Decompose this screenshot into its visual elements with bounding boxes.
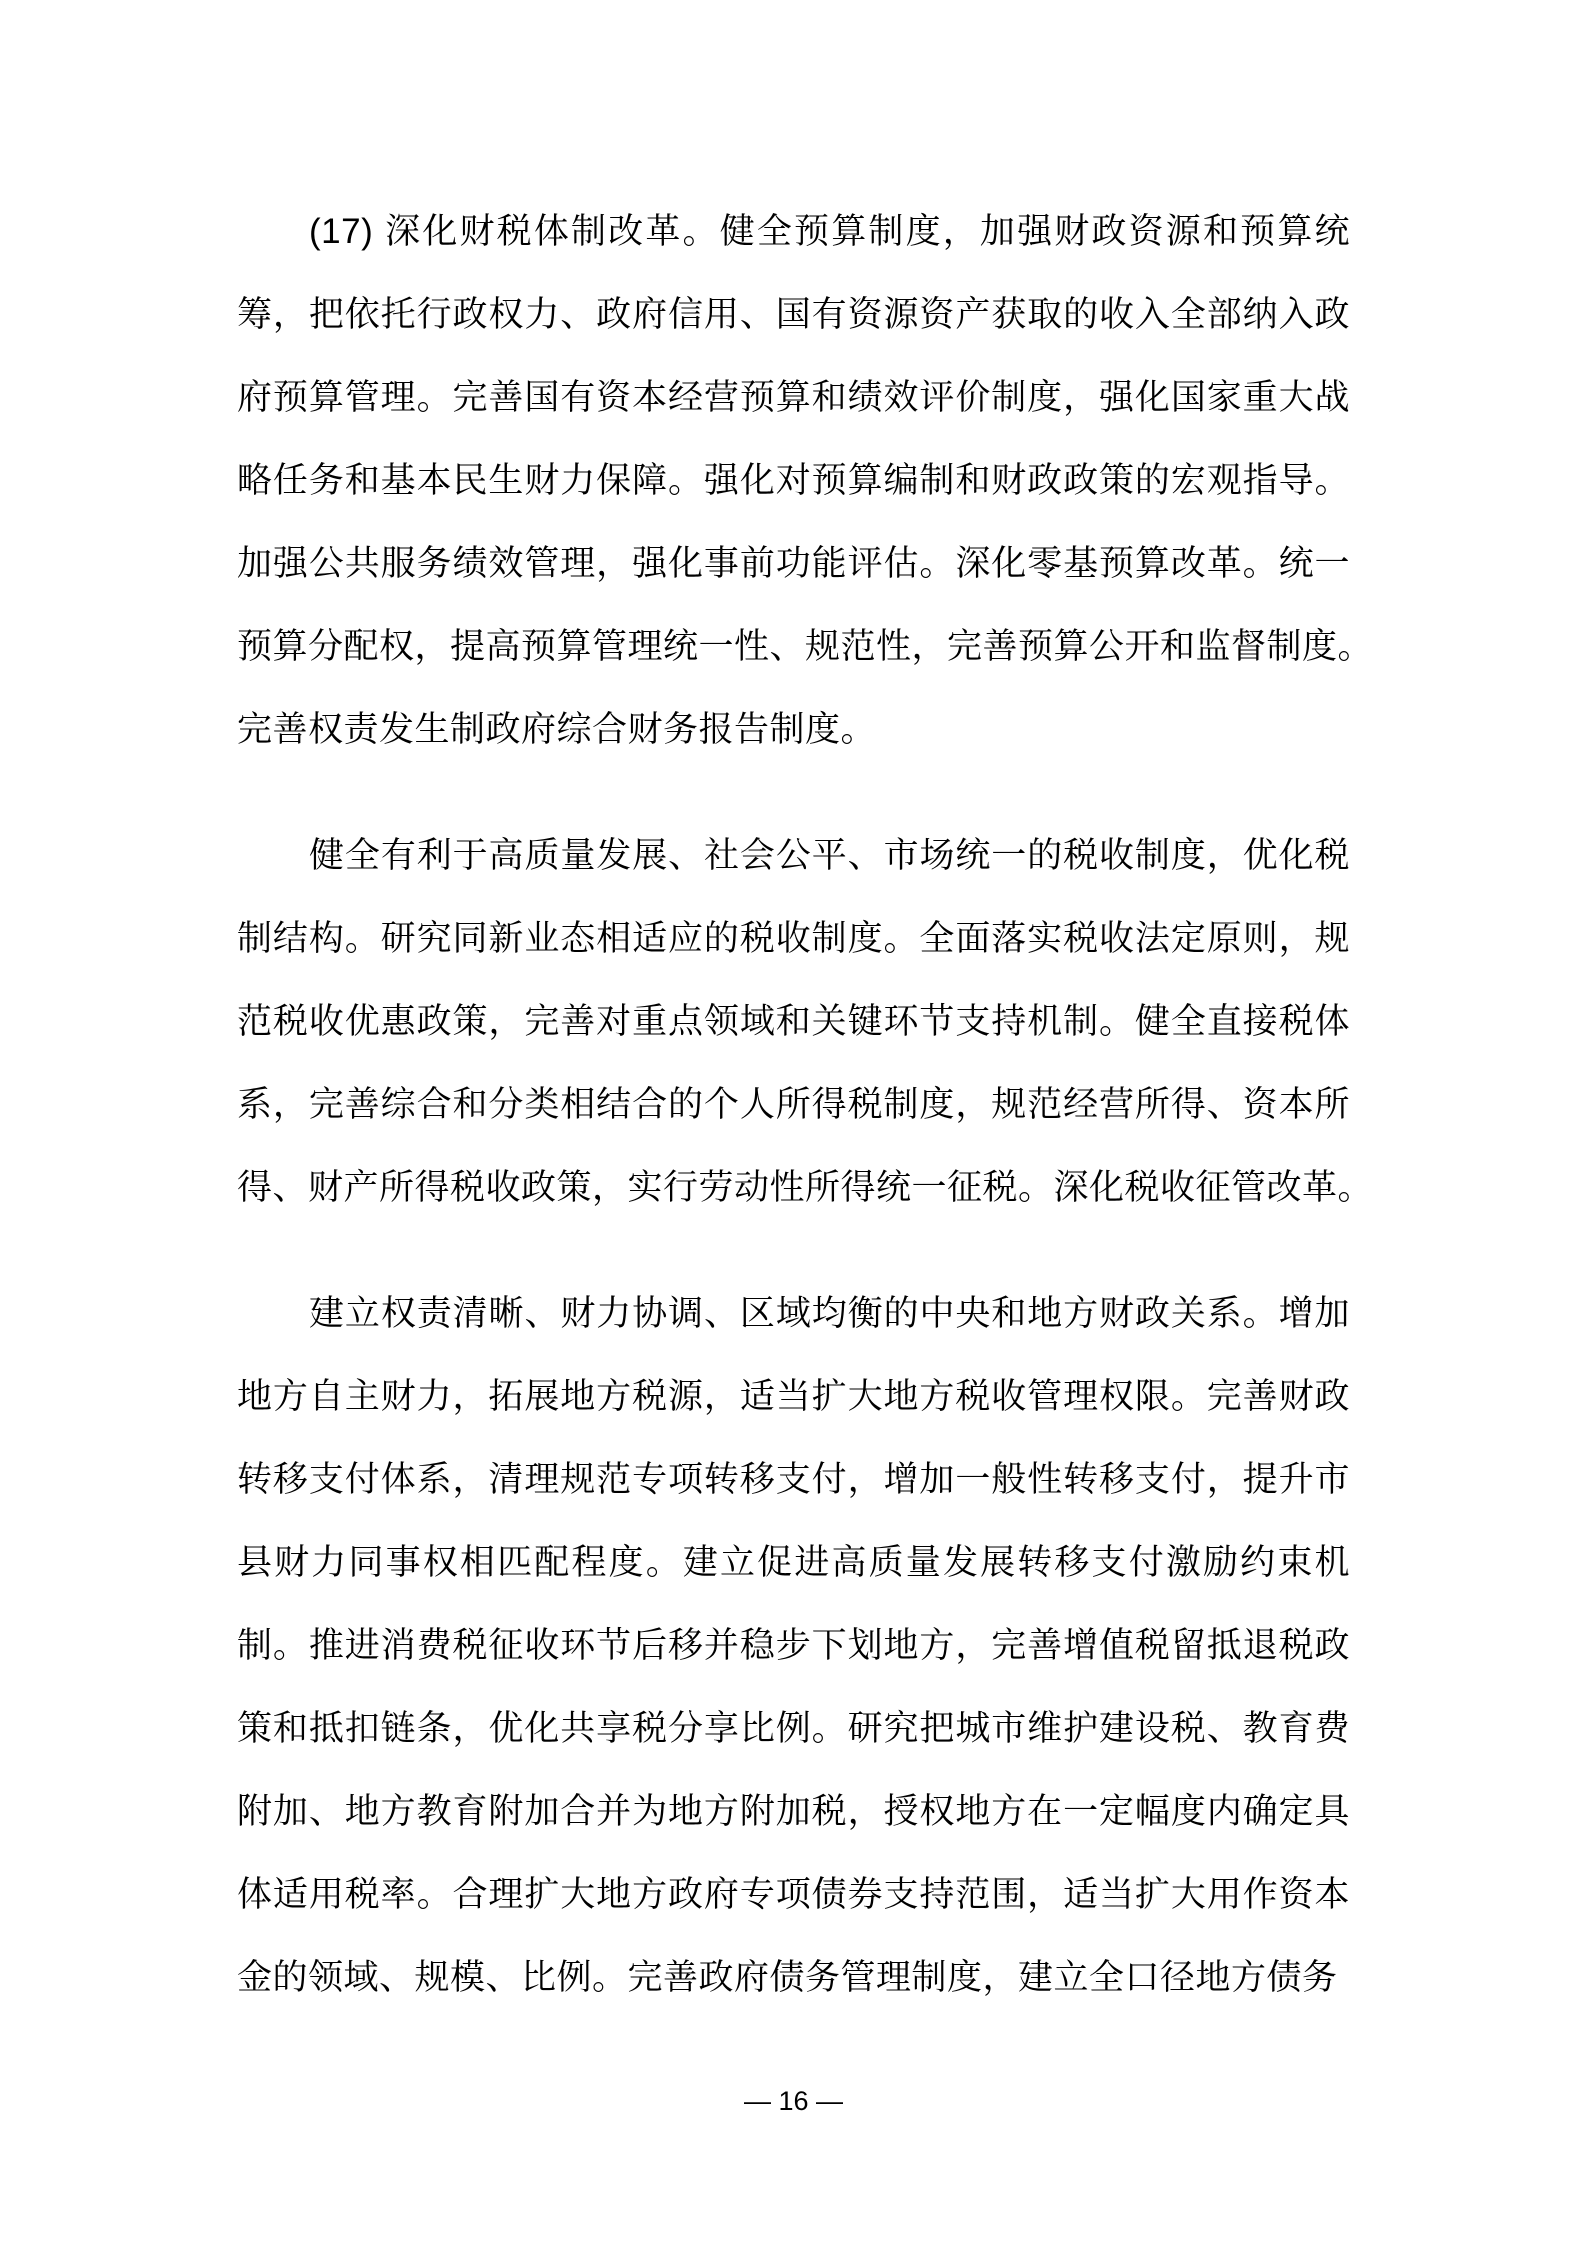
- text-line: 体适用税率。合理扩大地方政府专项债券支持范围，适当扩大用作资本: [237, 1853, 1350, 1936]
- text-line: 加强公共服务绩效管理，强化事前功能评估。深化零基预算改革。统一: [237, 522, 1350, 605]
- text-line: 策和抵扣链条，优化共享税分享比例。研究把城市维护建设税、教育费: [237, 1687, 1350, 1770]
- text-line: 制结构。研究同新业态相适应的税收制度。全面落实税收法定原则，规: [237, 897, 1350, 980]
- text-line: (17) 深化财税体制改革。健全预算制度，加强财政资源和预算统: [237, 190, 1350, 273]
- text-line: 范税收优惠政策，完善对重点领域和关键环节支持机制。健全直接税体: [237, 980, 1350, 1063]
- text-line: 建立权责清晰、财力协调、区域均衡的中央和地方财政关系。增加: [237, 1272, 1350, 1355]
- document-body: (17) 深化财税体制改革。健全预算制度，加强财政资源和预算统筹，把依托行政权力…: [237, 190, 1350, 2019]
- text-line: 县财力同事权相匹配程度。建立促进高质量发展转移支付激励约束机: [237, 1521, 1350, 1604]
- text-line: 系，完善综合和分类相结合的个人所得税制度，规范经营所得、资本所: [237, 1063, 1350, 1146]
- text-line: 预算分配权，提高预算管理统一性、规范性，完善预算公开和监督制度。: [237, 605, 1350, 688]
- paragraph: (17) 深化财税体制改革。健全预算制度，加强财政资源和预算统筹，把依托行政权力…: [237, 190, 1350, 771]
- text-line: 地方自主财力，拓展地方税源，适当扩大地方税收管理权限。完善财政: [237, 1355, 1350, 1438]
- text-line: 健全有利于高质量发展、社会公平、市场统一的税收制度，优化税: [237, 814, 1350, 897]
- text-line: 筹，把依托行政权力、政府信用、国有资源资产获取的收入全部纳入政: [237, 273, 1350, 356]
- text-line: 得、财产所得税收政策，实行劳动性所得统一征税。深化税收征管改革。: [237, 1146, 1350, 1229]
- text-line: 府预算管理。完善国有资本经营预算和绩效评价制度，强化国家重大战: [237, 356, 1350, 439]
- paragraph: 建立权责清晰、财力协调、区域均衡的中央和地方财政关系。增加地方自主财力，拓展地方…: [237, 1272, 1350, 2019]
- text-line: 制。推进消费税征收环节后移并稳步下划地方，完善增值税留抵退税政: [237, 1604, 1350, 1687]
- document-page: (17) 深化财税体制改革。健全预算制度，加强财政资源和预算统筹，把依托行政权力…: [0, 0, 1587, 2245]
- text-line: 附加、地方教育附加合并为地方附加税，授权地方在一定幅度内确定具: [237, 1770, 1350, 1853]
- text-line: 完善权责发生制政府综合财务报告制度。: [237, 688, 1350, 771]
- text-line: 金的领域、规模、比例。完善政府债务管理制度，建立全口径地方债务: [237, 1936, 1350, 2019]
- text-line: 略任务和基本民生财力保障。强化对预算编制和财政政策的宏观指导。: [237, 439, 1350, 522]
- paragraph: 健全有利于高质量发展、社会公平、市场统一的税收制度，优化税制结构。研究同新业态相…: [237, 814, 1350, 1229]
- text-line: 转移支付体系，清理规范专项转移支付，增加一般性转移支付，提升市: [237, 1438, 1350, 1521]
- page-number: — 16 —: [0, 2081, 1587, 2121]
